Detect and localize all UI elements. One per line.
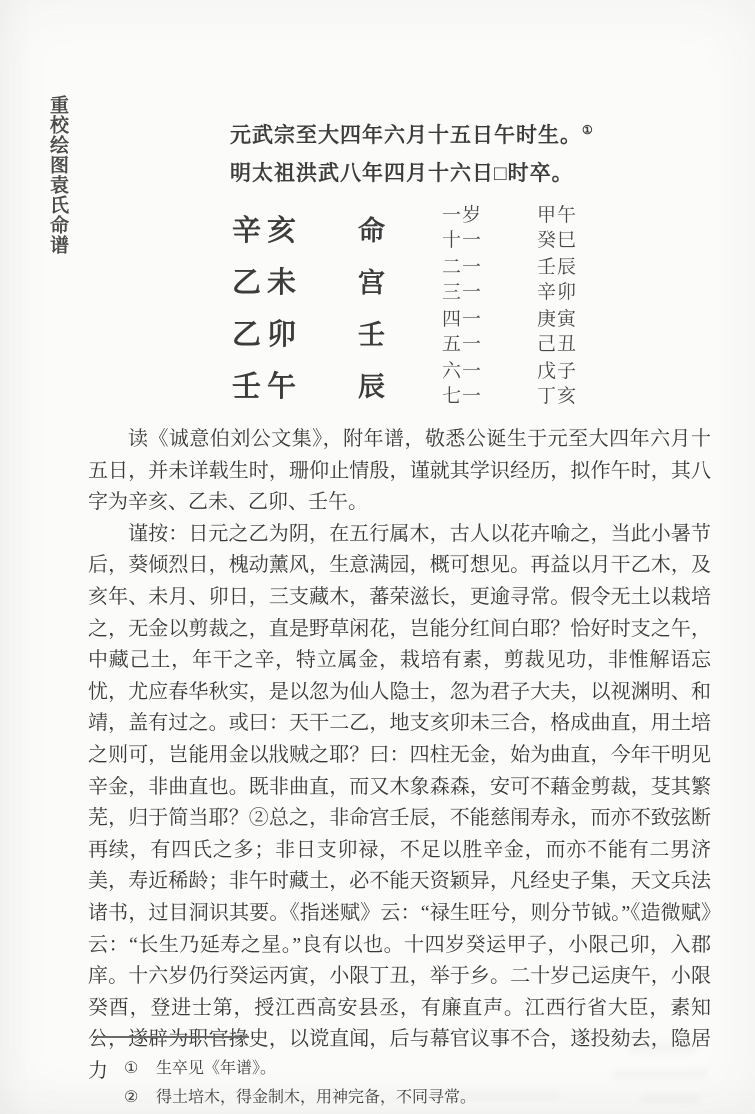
birth-death-header: 元武宗至大四年六月十五日午时生。① 明太祖洪武八年四月十六日□时卒。 [230, 108, 593, 196]
ganzhi-line: 辛卯 [537, 280, 627, 305]
birth-line: 元武宗至大四年六月十五日午时生。① [230, 108, 593, 152]
footnote-item: ① 生卒见《年谱》。 [124, 1054, 476, 1083]
pillar-cell: 壬午 [232, 364, 358, 405]
ganzhi-line: 丁亥 [537, 384, 627, 409]
paragraph-commentary: 谨按：日元之乙为阴，在五行属木，古人以花卉喻之，当此小暑节后，葵倾烈日，槐动薰风… [88, 519, 711, 1088]
footnote-marker: ① [124, 1054, 156, 1083]
age-line: 三一 [442, 280, 537, 305]
palace-cell: 壬 [358, 313, 442, 352]
book-margin-title: 重校绘图袁氏命谱 [44, 95, 71, 255]
table-row: 壬午 辰 六一 七一 戊子 丁亥 [232, 358, 652, 410]
age-line: 二一 [442, 255, 537, 280]
ganzhi-cell: 庚寅 己丑 [537, 307, 627, 357]
body-text: 读《诚意伯刘公文集》，附年谱，敬悉公诞生于元至大四年六月十五日，并未详载生时，珊… [88, 424, 711, 1087]
scanned-book-page: 重校绘图袁氏命谱 元武宗至大四年六月十五日午时生。① 明太祖洪武八年四月十六日□… [0, 0, 755, 1114]
table-row: 乙卯 壬 四一 五一 庚寅 己丑 [232, 306, 652, 358]
ganzhi-line: 庚寅 [537, 307, 627, 332]
paragraph-intro: 读《诚意伯刘公文集》，附年谱，敬悉公诞生于元至大四年六月十五日，并未详载生时，珊… [88, 424, 711, 519]
ganzhi-cell: 壬辰 辛卯 [537, 255, 627, 305]
ganzhi-line: 癸巳 [537, 228, 627, 253]
pillar-cell: 乙卯 [232, 312, 358, 353]
death-line: 明太祖洪武八年四月十六日□时卒。 [230, 152, 593, 196]
age-line: 四一 [442, 307, 537, 332]
pillar-cell: 乙未 [232, 260, 358, 301]
ganzhi-line: 甲午 [537, 203, 627, 228]
age-line: 一岁 [442, 203, 537, 228]
age-cell: 一岁 十一 [442, 203, 537, 253]
scan-bleed-through [640, 1094, 700, 1104]
age-cell: 四一 五一 [442, 307, 537, 357]
age-line: 六一 [442, 359, 537, 384]
age-line: 七一 [442, 384, 537, 409]
table-row: 乙未 宫 二一 三一 壬辰 辛卯 [232, 254, 652, 306]
age-line: 十一 [442, 228, 537, 253]
age-cell: 二一 三一 [442, 255, 537, 305]
footnote-text: 生卒见《年谱》。 [156, 1054, 276, 1083]
bazi-fate-table: 辛亥 命 一岁 十一 甲午 癸巳 乙未 宫 二一 三一 壬辰 辛卯 乙卯 [232, 202, 652, 410]
ganzhi-cell: 戊子 丁亥 [537, 359, 627, 409]
pillar-cell: 辛亥 [232, 208, 358, 249]
footnote-ref-1: ① [582, 123, 593, 137]
footnotes: ① 生卒见《年谱》。 ② 得土培木，得金制木，用神完备，不同寻常。 [124, 1054, 476, 1112]
table-row: 辛亥 命 一岁 十一 甲午 癸巳 [232, 202, 652, 254]
palace-cell: 命 [358, 209, 442, 248]
ganzhi-cell: 甲午 癸巳 [537, 203, 627, 253]
palace-cell: 辰 [358, 365, 442, 404]
ganzhi-line: 壬辰 [537, 255, 627, 280]
footnote-text: 得土培木，得金制木，用神完备，不同寻常。 [156, 1083, 476, 1112]
age-cell: 六一 七一 [442, 359, 537, 409]
footnote-separator [93, 1036, 249, 1038]
footnote-marker: ② [124, 1083, 156, 1112]
ganzhi-line: 己丑 [537, 332, 627, 357]
age-line: 五一 [442, 332, 537, 357]
ganzhi-line: 戊子 [537, 359, 627, 384]
palace-cell: 宫 [358, 261, 442, 300]
birth-line-text: 元武宗至大四年六月十五日午时生。 [230, 124, 582, 147]
footnote-item: ② 得土培木，得金制木，用神完备，不同寻常。 [124, 1083, 476, 1112]
